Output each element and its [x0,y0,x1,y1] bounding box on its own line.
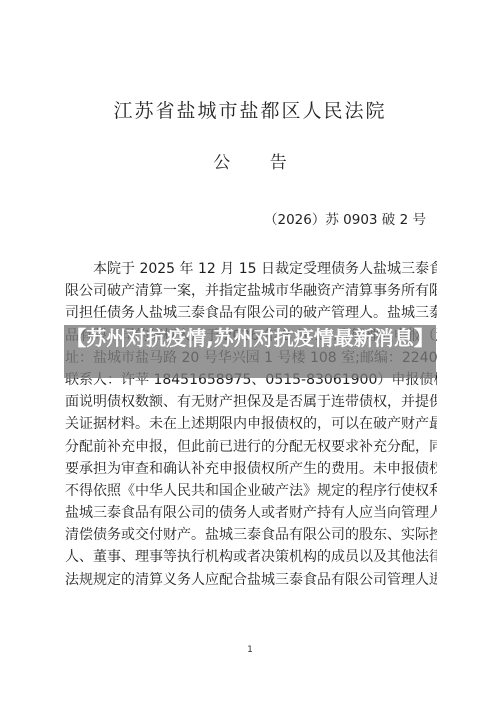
notice-body: 本院于 2025 年 12 月 15 日裁定受理债务人盐城三泰食品有 限公司破产… [65,258,437,591]
body-line: 法规规定的清算义务人应配合盐城三泰食品有限公司管理人进 [65,569,437,591]
notice-title: 公 告 [0,148,500,173]
body-line: 本院于 2025 年 12 月 15 日裁定受理债务人盐城三泰食品有 [65,258,437,280]
body-line: 分配前补充申报，但此前已进行的分配无权要求补充分配，同时 [65,436,437,458]
body-line: 不得依照《中华人民共和国企业破产法》规定的程序行使权利。 [65,480,437,502]
body-line: 关证据材料。未在上述期限内申报债权的，可以在破产财产最后 [65,413,437,435]
notice-title-char-2: 告 [270,148,287,173]
body-line: 盐城三泰食品有限公司的债务人或者财产持有人应当向管理人 [65,502,437,524]
court-name: 江苏省盐城市盐都区人民法院 [0,96,500,123]
headline-overlay-title: 【苏州对抗疫情,苏州对抗疫情最新消息】 [64,325,436,351]
case-number: （2026）苏 0903 破 2 号 [264,208,426,228]
body-line: 司担任债务人盐城三泰食品有限公司的破产管理人。盐城三泰食 [65,302,437,324]
body-line: 人、董事、理事等执行机构或者决策机构的成员以及其他法律、 [65,546,437,568]
body-line: 清偿债务或交付财产。盐城三泰食品有限公司的股东、实际控制 [65,524,437,546]
notice-title-char-1: 公 [213,148,230,173]
body-line: 面说明债权数额、有无财产担保及是否属于连带债权，并提供相 [65,391,437,413]
body-line: 限公司破产清算一案，并指定盐城市华融资产清算事务所有限公 [65,280,437,302]
body-line: 要承担为审查和确认补充申报债权所产生的费用。未申报债权的， [65,458,437,480]
page-number: 1 [0,645,500,655]
